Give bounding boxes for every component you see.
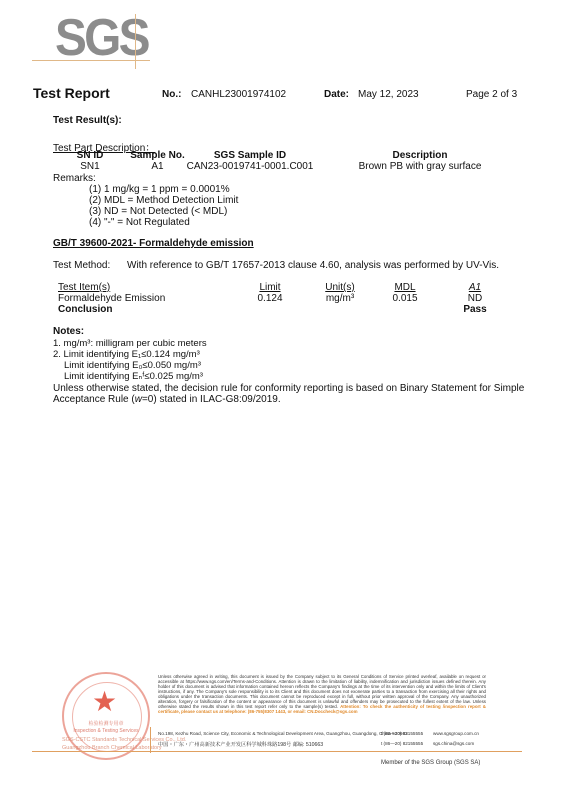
stamp-text-cn: 检验检测专用章 xyxy=(64,720,148,727)
page-number: Page 2 of 3 xyxy=(466,89,517,100)
address-en: No.198, Kezhu Road, Science City, Econom… xyxy=(158,731,408,736)
stamp-text-en: Inspection & Testing Services xyxy=(64,728,148,734)
member-statement: Member of the SGS Group (SGS SA) xyxy=(381,760,480,766)
notes-heading: Notes: xyxy=(53,326,84,337)
remarks-label: Remarks: xyxy=(53,173,96,184)
cell-test-item: Formaldehyde Emission xyxy=(58,293,165,304)
decision-rule-line-1: Unless otherwise stated, the decision ru… xyxy=(53,383,524,394)
report-no-label: No.: xyxy=(162,89,181,100)
date-value: May 12, 2023 xyxy=(358,89,419,100)
decision-rule-w: w xyxy=(135,394,142,405)
remark-3: (3) ND = Not Detected (< MDL) xyxy=(89,206,227,217)
section-title: GB/T 39600-2021- Formaldehyde emission xyxy=(53,238,254,249)
remark-1: (1) 1 mg/kg = 1 ppm = 0.0001% xyxy=(89,184,230,195)
test-method-label: Test Method: xyxy=(53,260,110,271)
note-2b: Limit identifying E₀≤0.050 mg/m³ xyxy=(64,360,201,371)
cell-mdl: 0.015 xyxy=(385,293,425,304)
decision-rule-text-end: =0) stated in ILAC-G8:09/2019. xyxy=(142,394,281,405)
cell-a1-result: ND xyxy=(460,293,490,304)
col-sn-id-header: SN ID xyxy=(60,150,120,161)
col-sample-no-header: Sample No. xyxy=(125,150,190,161)
cell-sn-id: SN1 xyxy=(60,161,120,172)
col-units-header: Unit(s) xyxy=(315,282,365,293)
footer-disclaimer: Unless otherwise agreed in writing, this… xyxy=(158,674,486,714)
footer-vertical-rule xyxy=(150,727,151,753)
cell-limit: 0.124 xyxy=(250,293,290,304)
remark-2: (2) MDL = Method Detection Limit xyxy=(89,195,238,206)
sgs-logo: SGS xyxy=(55,10,148,66)
telephone-2: t (86—20) 82155555 xyxy=(381,741,423,746)
note-2c: Limit identifying Eₙᶠ≤0.025 mg/m³ xyxy=(64,371,203,382)
star-icon: ★ xyxy=(92,688,117,716)
report-title: Test Report xyxy=(33,85,110,101)
test-results-heading: Test Result(s): xyxy=(53,115,122,126)
test-method-text: With reference to GB/T 17657-2013 clause… xyxy=(127,260,499,271)
conclusion-value: Pass xyxy=(455,304,495,315)
email-link[interactable]: sgs.china@sgs.com xyxy=(433,741,474,746)
col-limit-header: Limit xyxy=(250,282,290,293)
note-1: 1. mg/m³: milligram per cubic meters xyxy=(53,338,207,349)
cell-sample-no: A1 xyxy=(125,161,190,172)
decision-rule-text: Acceptance Rule ( xyxy=(53,394,135,405)
cell-unit: mg/m³ xyxy=(315,293,365,304)
remark-4: (4) "-" = Not Regulated xyxy=(89,217,190,228)
cell-description: Brown PB with gray surface xyxy=(345,161,495,172)
website-link[interactable]: www.sgsgroup.com.cn xyxy=(433,731,479,736)
decision-rule-line-2: Acceptance Rule (w=0) stated in ILAC-G8:… xyxy=(53,394,281,405)
report-no-value: CANHL23001974102 xyxy=(191,89,286,100)
telephone-1: t (86—20) 82155555 xyxy=(381,731,423,736)
footer-horizontal-rule xyxy=(32,751,522,752)
address-cn: 中国・广东・广州高新技术产业开发区科学城科珠路198号 邮编: 510663 xyxy=(158,741,323,748)
note-2: 2. Limit identifying E₁≤0.124 mg/m³ xyxy=(53,349,200,360)
date-label: Date: xyxy=(324,89,349,100)
col-sgs-sample-id-header: SGS Sample ID xyxy=(195,150,305,161)
col-a1-header: A1 xyxy=(460,282,490,293)
logo-vertical-rule xyxy=(135,14,136,69)
conclusion-label: Conclusion xyxy=(58,304,112,315)
col-test-item-header: Test Item(s) xyxy=(58,282,110,293)
col-description-header: Description xyxy=(355,150,485,161)
col-mdl-header: MDL xyxy=(385,282,425,293)
cell-sgs-sample-id: CAN23-0019741-0001.C001 xyxy=(185,161,315,172)
logo-horizontal-rule xyxy=(32,60,150,61)
